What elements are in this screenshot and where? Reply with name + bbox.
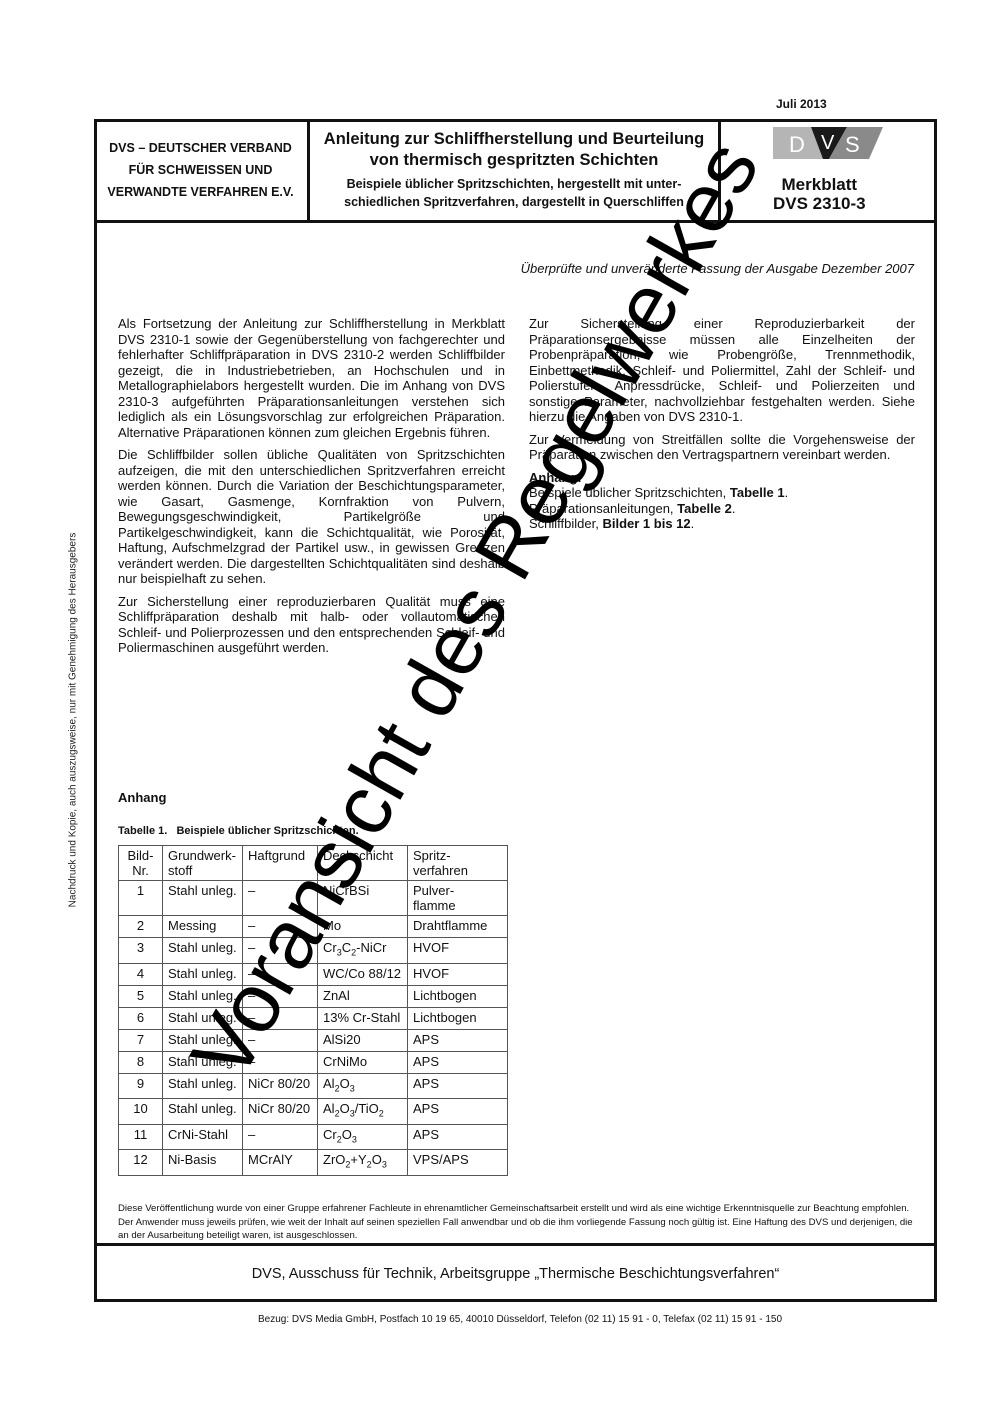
table-cell-nr: 10 [119,1099,163,1125]
subtitle-line: Beispiele üblicher Spritzschichten, herg… [344,175,684,193]
table-cell-grundwerkstoff: Ni-Basis [163,1150,243,1176]
dvs-logo-icon: D V S [773,127,883,159]
table-row: 9Stahl unleg.NiCr 80/20Al2O3APS [119,1073,508,1099]
table-cell-deckschicht: Al2O3 [318,1073,408,1099]
disclaimer: Diese Veröffentlichung wurde von einer G… [118,1202,918,1243]
table-cell-nr: 2 [119,916,163,938]
table-cell-nr: 7 [119,1029,163,1051]
svg-text:S: S [845,132,860,157]
table-cell-deckschicht: ZrO2+Y2O3 [318,1150,408,1176]
table-row: 12Ni-BasisMCrAlYZrO2+Y2O3VPS/APS [119,1150,508,1176]
table-cell-verfahren: Lichtbogen [408,985,508,1007]
footer-divider [94,1243,937,1246]
title-line: Anleitung zur Schliffherstellung und Beu… [324,129,704,150]
table-cell-nr: 3 [119,938,163,964]
paragraph: Als Fortsetzung der Anleitung zur Schlif… [118,316,505,440]
table-cell-nr: 9 [119,1073,163,1099]
table-cell-verfahren: APS [408,1124,508,1150]
table-cell-verfahren: Pulver-flamme [408,881,508,916]
doc-number: DVS 2310-3 [773,194,866,213]
title-line: von thermisch gespritzten Schichten [324,150,704,171]
table-cell-grundwerkstoff: Stahl unleg. [163,881,243,916]
document-title: Anleitung zur Schliffherstellung und Beu… [324,129,704,171]
issue-date: Juli 2013 [776,97,827,111]
table-cell-nr: 12 [119,1150,163,1176]
table-cell-nr: 11 [119,1124,163,1150]
column-header: Spritz-verfahren [408,846,508,881]
publisher-line: DVS – DEUTSCHER VERBAND [109,137,292,159]
table-cell-deckschicht: ZnAl [318,985,408,1007]
publisher-line: FÜR SCHWEISSEN UND [129,159,273,181]
document-header: DVS – DEUTSCHER VERBAND FÜR SCHWEISSEN U… [94,119,937,223]
table-cell-nr: 6 [119,1007,163,1029]
table-cell-nr: 4 [119,963,163,985]
column-header: Bild-Nr. [119,846,163,881]
table-cell-nr: 8 [119,1051,163,1073]
anhang-list-item: Schliffbilder, Bilder 1 bis 12. [529,516,915,532]
table-cell-grundwerkstoff: Stahl unleg. [163,1099,243,1125]
table-cell-verfahren: APS [408,1051,508,1073]
subtitle-line: schiedlichen Spritzverfahren, dargestell… [344,193,684,211]
svg-text:V: V [821,132,835,154]
table-cell-nr: 5 [119,985,163,1007]
table-cell-verfahren: APS [408,1073,508,1099]
table-cell-verfahren: Lichtbogen [408,1007,508,1029]
publisher-line: VERWANDTE VERFAHREN E.V. [107,181,293,203]
doc-type: Merkblatt [773,175,866,194]
table-cell-verfahren: HVOF [408,963,508,985]
table-row: 11CrNi-Stahl–Cr2O3APS [119,1124,508,1150]
table-cell-deckschicht: CrNiMo [318,1051,408,1073]
table-row: 6Stahl unleg.–13% Cr-StahlLichtbogen [119,1007,508,1029]
copyright-side-note: Nachdruck und Kopie, auch auszugsweise, … [68,533,79,908]
table-cell-deckschicht: Al2O3/TiO2 [318,1099,408,1125]
table-cell-verfahren: Drahtflamme [408,916,508,938]
table-cell-haftgrund: MCrAlY [243,1150,318,1176]
table-row: 8Stahl unleg.–CrNiMoAPS [119,1051,508,1073]
table-cell-grundwerkstoff: Messing [163,916,243,938]
publisher-block: DVS – DEUTSCHER VERBAND FÜR SCHWEISSEN U… [94,119,310,220]
table-cell-verfahren: APS [408,1099,508,1125]
doc-id: Merkblatt DVS 2310-3 [773,175,866,213]
column-header: Grundwerk-stoff [163,846,243,881]
table-cell-nr: 1 [119,881,163,916]
table-cell-verfahren: APS [408,1029,508,1051]
table-cell-haftgrund: NiCr 80/20 [243,1099,318,1125]
document-subtitle: Beispiele üblicher Spritzschichten, herg… [344,175,684,211]
table-cell-deckschicht: WC/Co 88/12 [318,963,408,985]
table-cell-haftgrund: – [243,1124,318,1150]
supplier-info: Bezug: DVS Media GmbH, Postfach 10 19 65… [0,1314,1000,1325]
table-cell-deckschicht: Cr2O3 [318,1124,408,1150]
table-cell-verfahren: HVOF [408,938,508,964]
anhang-heading: Anhang [118,790,166,805]
svg-text:D: D [789,132,805,157]
table-row: 10Stahl unleg.NiCr 80/20Al2O3/TiO2APS [119,1099,508,1125]
committee-line: DVS, Ausschuss für Technik, Arbeitsgrupp… [94,1266,937,1282]
table-cell-verfahren: VPS/APS [408,1150,508,1176]
table-cell-deckschicht: AlSi20 [318,1029,408,1051]
table-cell-deckschicht: 13% Cr-Stahl [318,1007,408,1029]
table-cell-grundwerkstoff: CrNi-Stahl [163,1124,243,1150]
